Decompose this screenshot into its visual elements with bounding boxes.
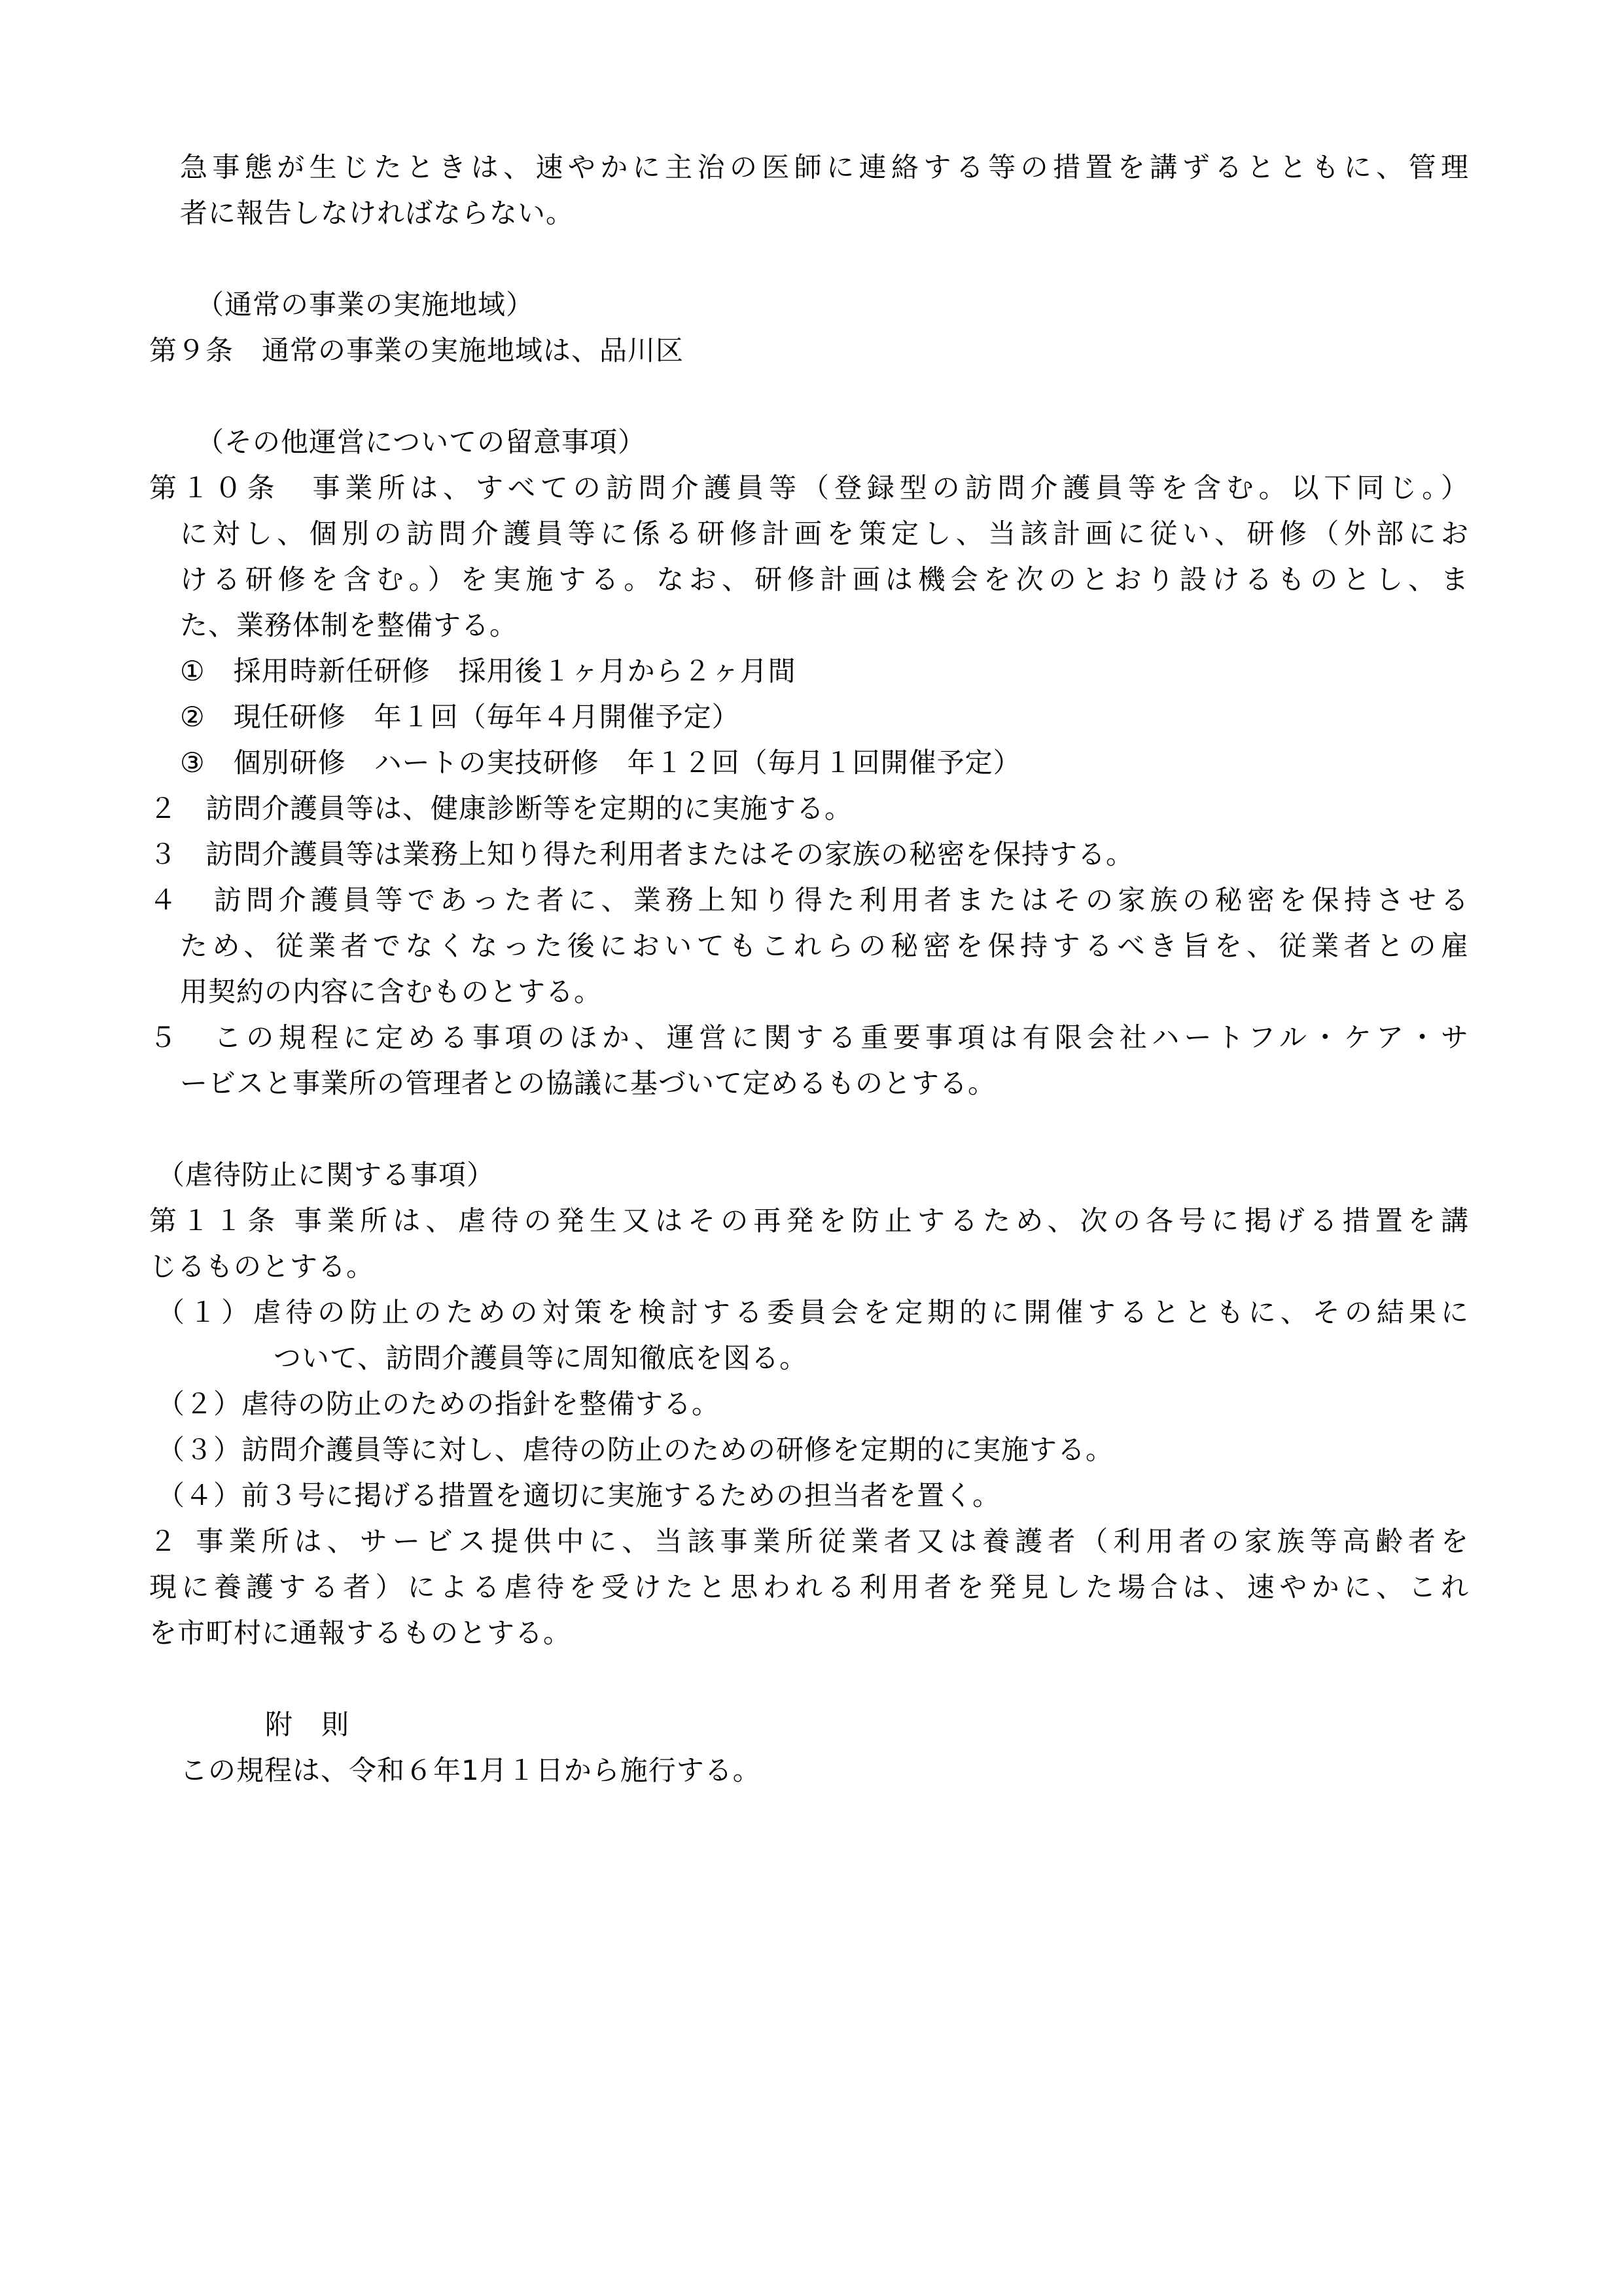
article-10-paragraph-3: ３ 訪問介護員等は業務上知り得た利用者またはその家族の秘密を保持する。 <box>149 836 1134 873</box>
supplementary-text: この規程は、令和６年1月１日から施行する。 <box>180 1752 761 1789</box>
article-10-line-1: 第１０条 事業所は、すべての訪問介護員等（登録型の訪問介護員等を含む。以下同じ。… <box>149 470 1469 506</box>
article-9-heading: （通常の事業の実施地域） <box>196 287 534 323</box>
article-10-paragraph-5-line-1: ５ この規程に定める事項のほか、運営に関する重要事項は有限会社ハートフル・ケア・… <box>149 1019 1469 1056</box>
article-10-paragraph-4-line-1: ４ 訪問介護員等であった者に、業務上知り得た利用者またはその家族の秘密を保持させ… <box>149 882 1469 919</box>
training-item-3: ③ 個別研修 ハートの実技研修 年１２回（毎月１回開催予定） <box>180 745 1021 781</box>
article-11-item-2: （２）虐待の防止のための指針を整備する。 <box>157 1386 720 1422</box>
continuation-line-2: 者に報告しなければならない。 <box>180 195 574 232</box>
article-10-paragraph-2: ２ 訪問介護員等は、健康診断等を定期的に実施する。 <box>149 790 853 827</box>
article-10-line-3: ける研修を含む。）を実施する。なお、研修計画は機会を次のとおり設けるものとし、ま <box>180 561 1469 598</box>
article-10-paragraph-4-line-3: 用契約の内容に含むものとする。 <box>180 974 602 1010</box>
article-11-line-1: 第１１条 事業所は、虐待の発生又はその再発を防止するため、次の各号に掲げる措置を… <box>149 1203 1469 1239</box>
article-11-item-1: （１）虐待の防止のための対策を検討する委員会を定期的に開催するとともに、その結果… <box>157 1294 1469 1331</box>
supplementary-heading: 附 則 <box>265 1706 349 1743</box>
article-11-line-2: じるものとする。 <box>149 1248 374 1285</box>
continuation-line-1: 急事態が生じたときは、速やかに主治の医師に連絡する等の措置を講ずるとともに、管理 <box>180 149 1469 186</box>
article-10-paragraph-5-line-2: ービスと事業所の管理者との協議に基づいて定めるものとする。 <box>180 1065 996 1102</box>
training-item-1: ① 採用時新任研修 採用後１ヶ月から２ヶ月間 <box>180 653 796 690</box>
article-11-item-3: （３）訪問介護員等に対し、虐待の防止のための研修を定期的に実施する。 <box>157 1432 1114 1468</box>
training-item-2: ② 現任研修 年１回（毎年４月開催予定） <box>180 699 740 735</box>
article-11-item-1-continued: ついて、訪問介護員等に周知徹底を図る。 <box>274 1340 807 1377</box>
article-10-heading: （その他運営についての留意事項） <box>196 424 646 461</box>
article-11-item-4: （４）前３号に掲げる措置を適切に実施するための担当者を置く。 <box>157 1477 1000 1514</box>
article-11-heading: （虐待防止に関する事項） <box>157 1157 495 1193</box>
article-10-line-2: に対し、個別の訪問介護員等に係る研修計画を策定し、当該計画に従い、研修（外部にお <box>180 516 1469 552</box>
article-9-text: 第９条 通常の事業の実施地域は、品川区 <box>149 332 684 369</box>
document-page: 急事態が生じたときは、速やかに主治の医師に連絡する等の措置を講ずるとともに、管理… <box>0 0 1609 2296</box>
article-10-line-4: た、業務体制を整備する。 <box>180 607 518 644</box>
article-11-paragraph-2-line-2: 現に養護する者）による虐待を受けたと思われる利用者を発見した場合は、速やかに、こ… <box>149 1569 1469 1606</box>
article-11-paragraph-2-line-1: ２ 事業所は、サービス提供中に、当該事業所従業者又は養護者（利用者の家族等高齢者… <box>149 1523 1469 1560</box>
article-10-paragraph-4-line-2: ため、従業者でなくなった後においてもこれらの秘密を保持するべき旨を、従業者との雇 <box>180 928 1469 964</box>
article-11-paragraph-2-line-3: を市町村に通報するものとする。 <box>149 1615 571 1651</box>
